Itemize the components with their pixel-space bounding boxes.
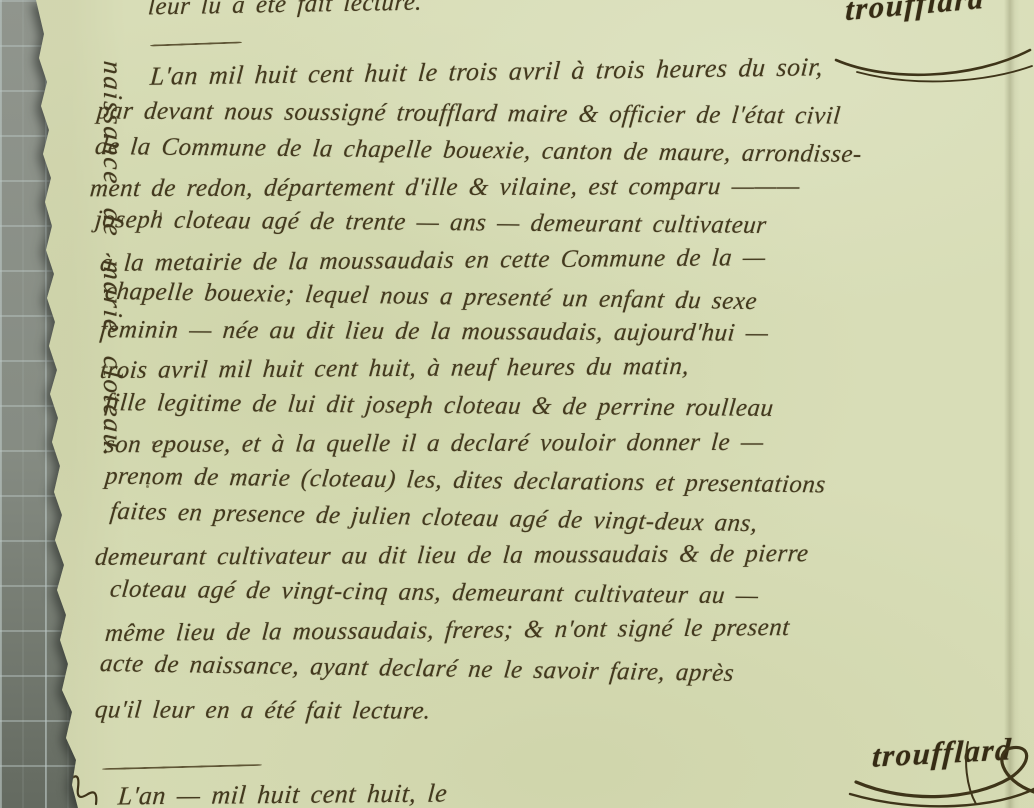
handwritten-line: ment de redon, département d'ille & vila… [89,173,801,203]
ink-speck [168,448,173,450]
mayor-signature-top: troufflard [845,0,985,28]
handwritten-line: de la Commune de la chapelle bouexie, ca… [94,133,864,169]
handwritten-line: son epouse, et à la quelle il a declaré … [104,429,765,459]
handwritten-line: même lieu de la moussaudais, freres; & n… [104,614,791,648]
handwritten-line: à la metairie de la moussaudais en cette… [99,244,767,278]
handwritten-line: trois avril mil huit cent huit, à neuf h… [99,353,690,385]
handwritten-line: prenom de marie (cloteau) les, dites dec… [104,463,827,500]
handwritten-line: chapelle bouexie; lequel nous a presenté… [104,278,759,316]
document-page-wrap: leur lu a été fait lecture. troufflard n… [0,0,1034,808]
next-act-opening-line: L'an — mil huit cent huit, le [117,779,449,808]
signature-flourish-top-icon [832,38,1034,88]
handwritten-line: feminin — née au dit lieu de la moussaud… [99,316,770,347]
signature-flourish-bottom-icon [848,742,1034,808]
handwritten-line: faites en presence de julien cloteau agé… [109,498,760,538]
ink-speck [146,485,149,488]
ink-speck [152,441,155,444]
handwritten-line: cloteau agé de vingt-cinq ans, demeurant… [109,576,760,611]
paragraph-separator-stroke [150,41,242,46]
handwritten-line: joseph cloteau agé de trente — ans — dem… [94,206,768,240]
handwritten-line: L'an mil huit cent huit le trois avril à… [149,52,824,91]
ink-speck [160,212,162,218]
handwritten-line: qu'il leur en a été fait lecture. [94,696,432,725]
handwritten-line: par devant nous soussigné troufflard mai… [96,97,842,130]
handwritten-line: demeurant cultivateur au dit lieu de la … [94,540,810,572]
previous-act-closing-line: leur lu a été fait lecture. [147,0,423,21]
handwritten-line: fille legitime de lui dit joseph cloteau… [104,389,775,423]
handwritten-line: acte de naissance, ayant declaré ne le s… [99,650,736,688]
document-page: leur lu a été fait lecture. troufflard n… [0,0,1034,808]
next-margin-note-partial-icon [58,768,104,808]
act-end-separator-stroke [102,764,262,770]
